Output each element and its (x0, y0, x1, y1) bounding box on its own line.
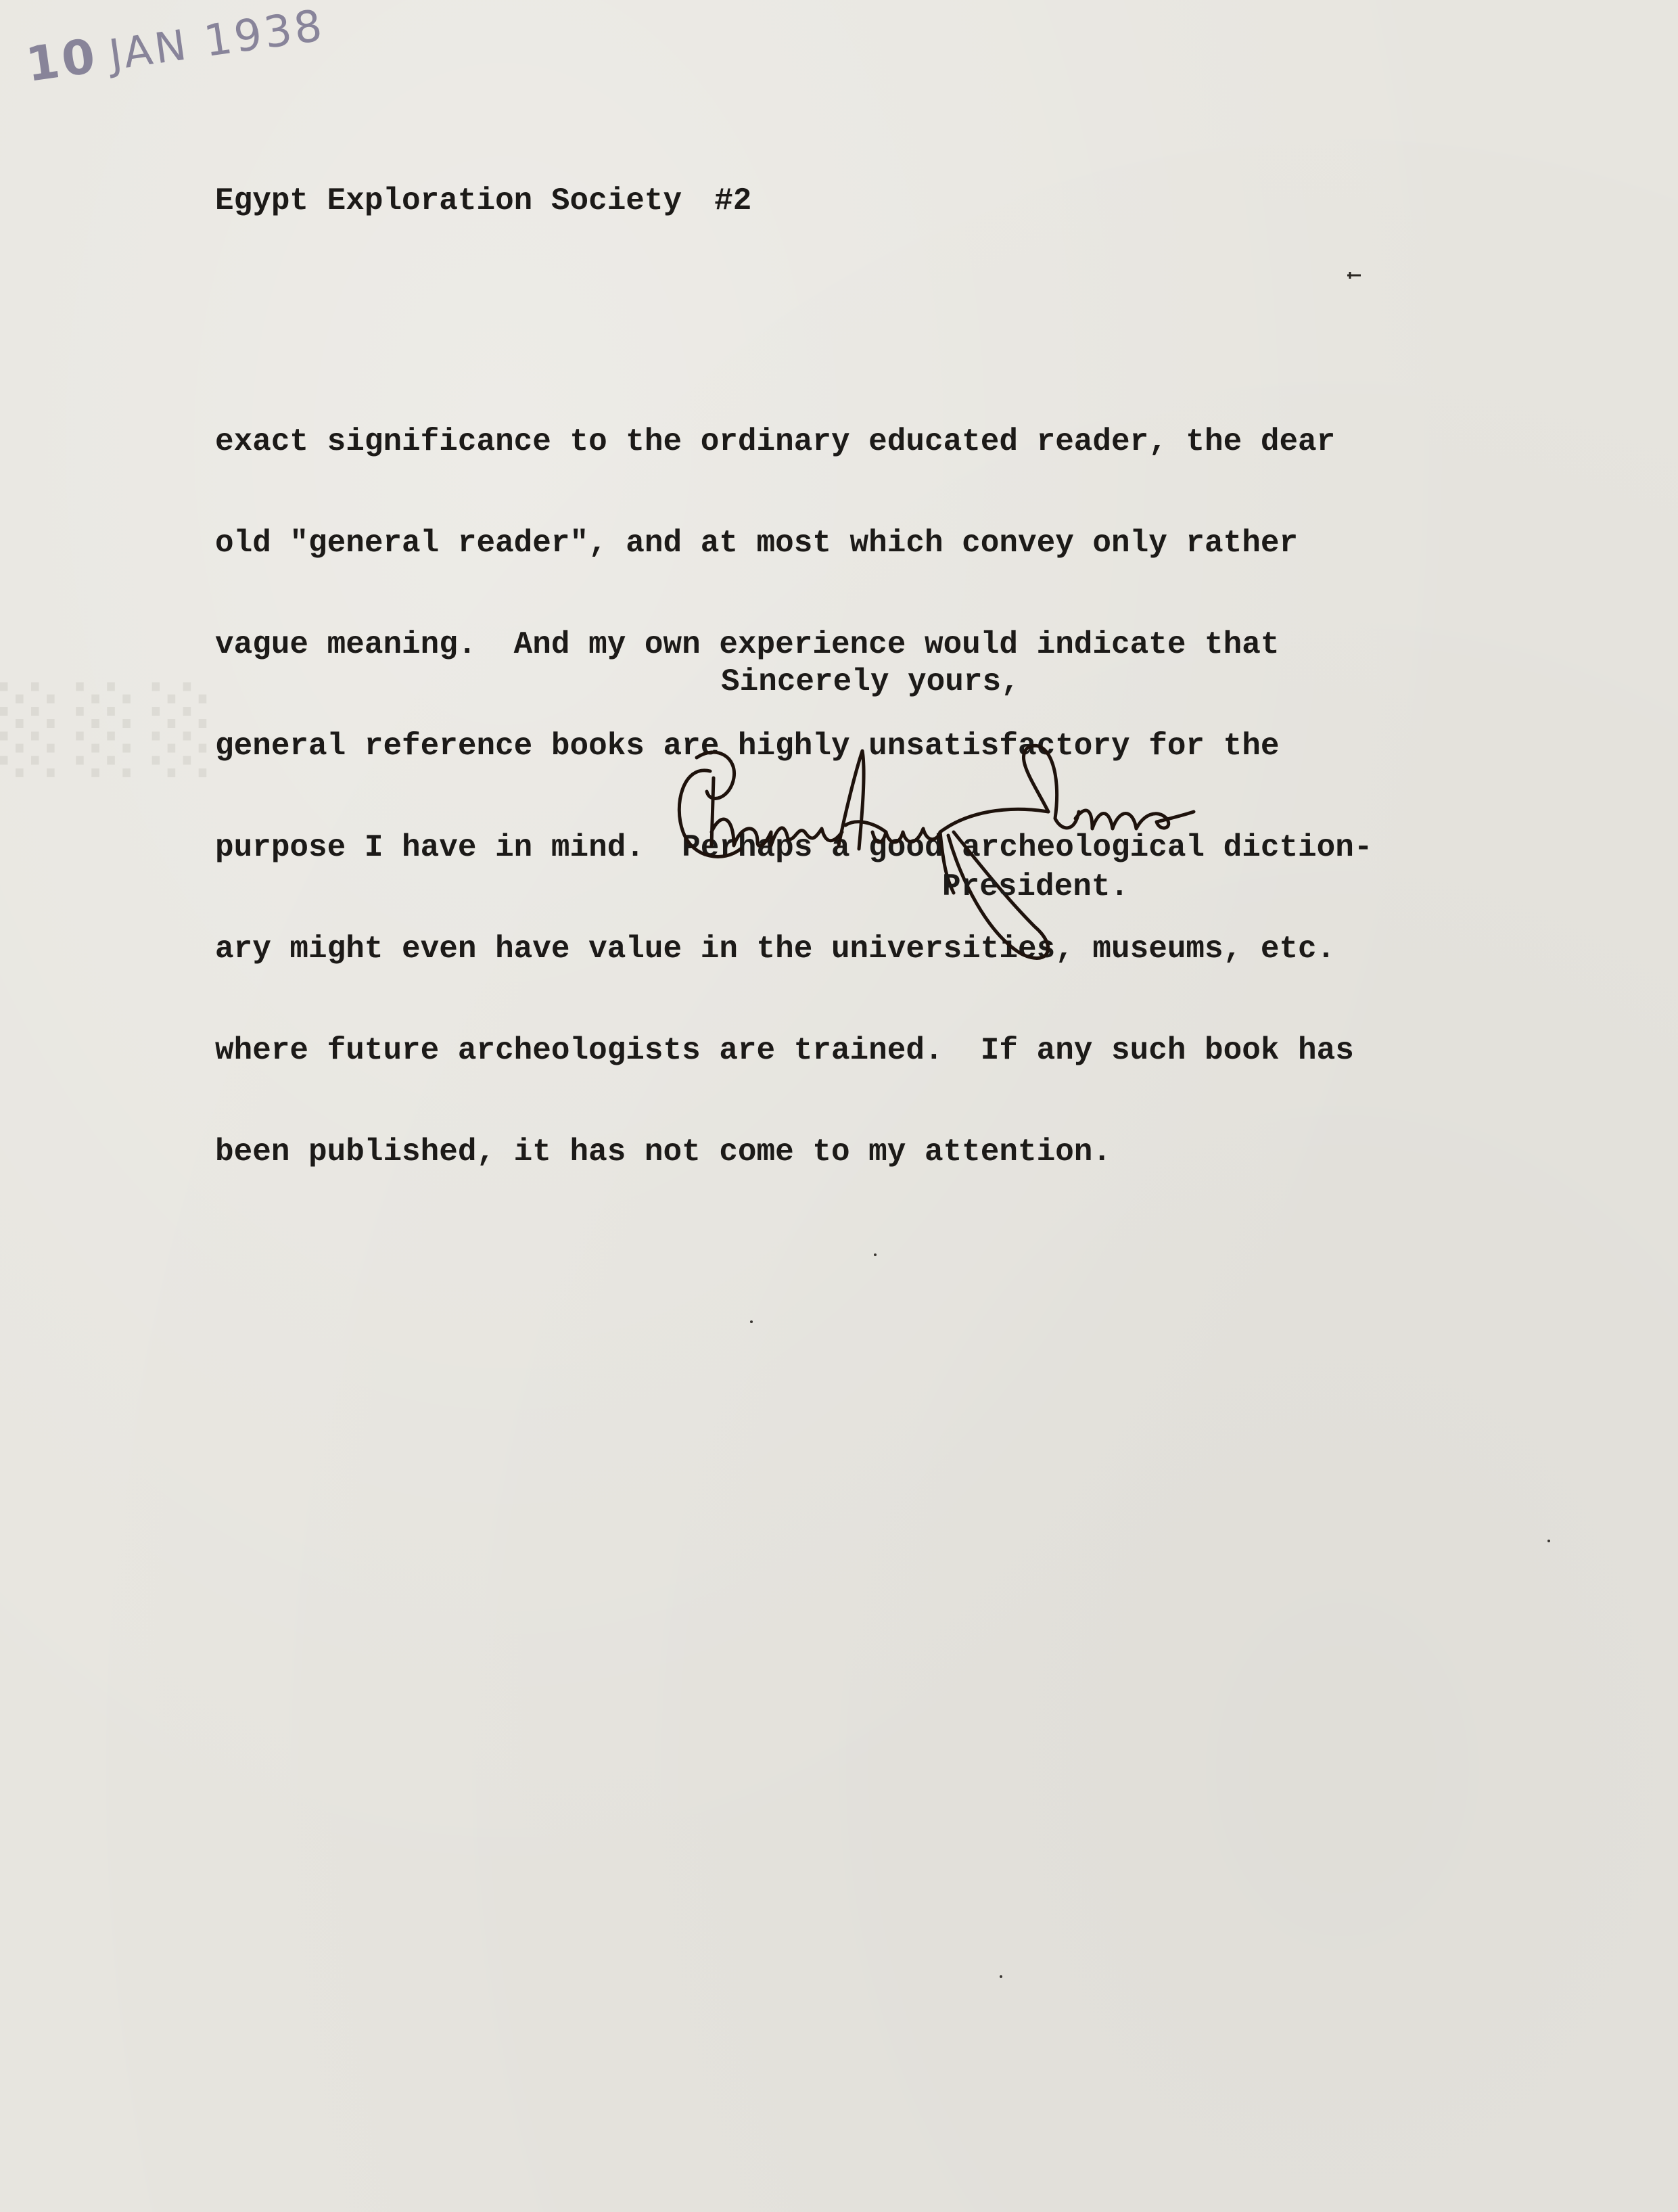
body-line: exact significance to the ordinary educa… (215, 425, 1372, 459)
page-number: #2 (714, 183, 751, 218)
body-line: vague meaning. And my own experience wou… (215, 628, 1372, 662)
margin-mark-icon (1346, 271, 1362, 280)
stamp-day: 10 (23, 28, 101, 93)
paper-speck (1000, 1975, 1002, 1978)
page-header: Egypt Exploration Society#2 (215, 184, 751, 218)
complimentary-close: Sincerely yours, (721, 665, 1020, 699)
stamp-month: JAN (106, 20, 192, 80)
paper-watermark: ░░░ (0, 683, 228, 777)
paper-speck (874, 1253, 877, 1256)
handwritten-signature (670, 731, 1299, 967)
body-line: old "general reader", and at most which … (215, 526, 1372, 560)
body-line: been published, it has not come to my at… (215, 1135, 1372, 1169)
paper-speck (1547, 1540, 1550, 1542)
paper-speck (750, 1320, 753, 1323)
signer-title: President. (942, 870, 1129, 904)
recipient-name: Egypt Exploration Society (215, 183, 682, 218)
body-line: where future archeologists are trained. … (215, 1034, 1372, 1067)
